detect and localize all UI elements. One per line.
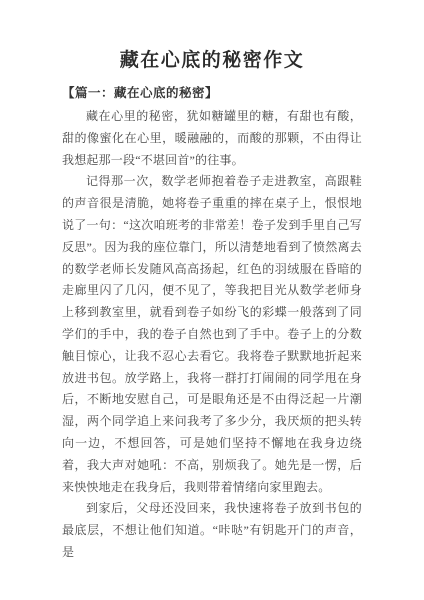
paragraph: 藏在心里的秘密，犹如糖罐里的糖，有甜也有酸，甜的像蜜化在心里，暖融融的，而酸的那… bbox=[62, 106, 362, 171]
section-heading: 【篇一：藏在心底的秘密】 bbox=[62, 86, 362, 101]
paragraph: 到家后，父母还没回来，我快速将卷子放到书包的最底层，不想让他们知道。“咔哒”有钥… bbox=[62, 498, 362, 563]
document-page: 藏在心底的秘密作文 【篇一：藏在心底的秘密】 藏在心里的秘密，犹如糖罐里的糖，有… bbox=[0, 0, 424, 600]
essay-title: 藏在心底的秘密作文 bbox=[0, 0, 424, 72]
paragraph: 记得那一次，数学老师抱着卷子走进教室，高跟鞋的声音很是清脆，她将卷子重重的摔在桌… bbox=[62, 171, 362, 498]
essay-body: 藏在心里的秘密，犹如糖罐里的糖，有甜也有酸，甜的像蜜化在心里，暖融融的，而酸的那… bbox=[0, 106, 424, 564]
